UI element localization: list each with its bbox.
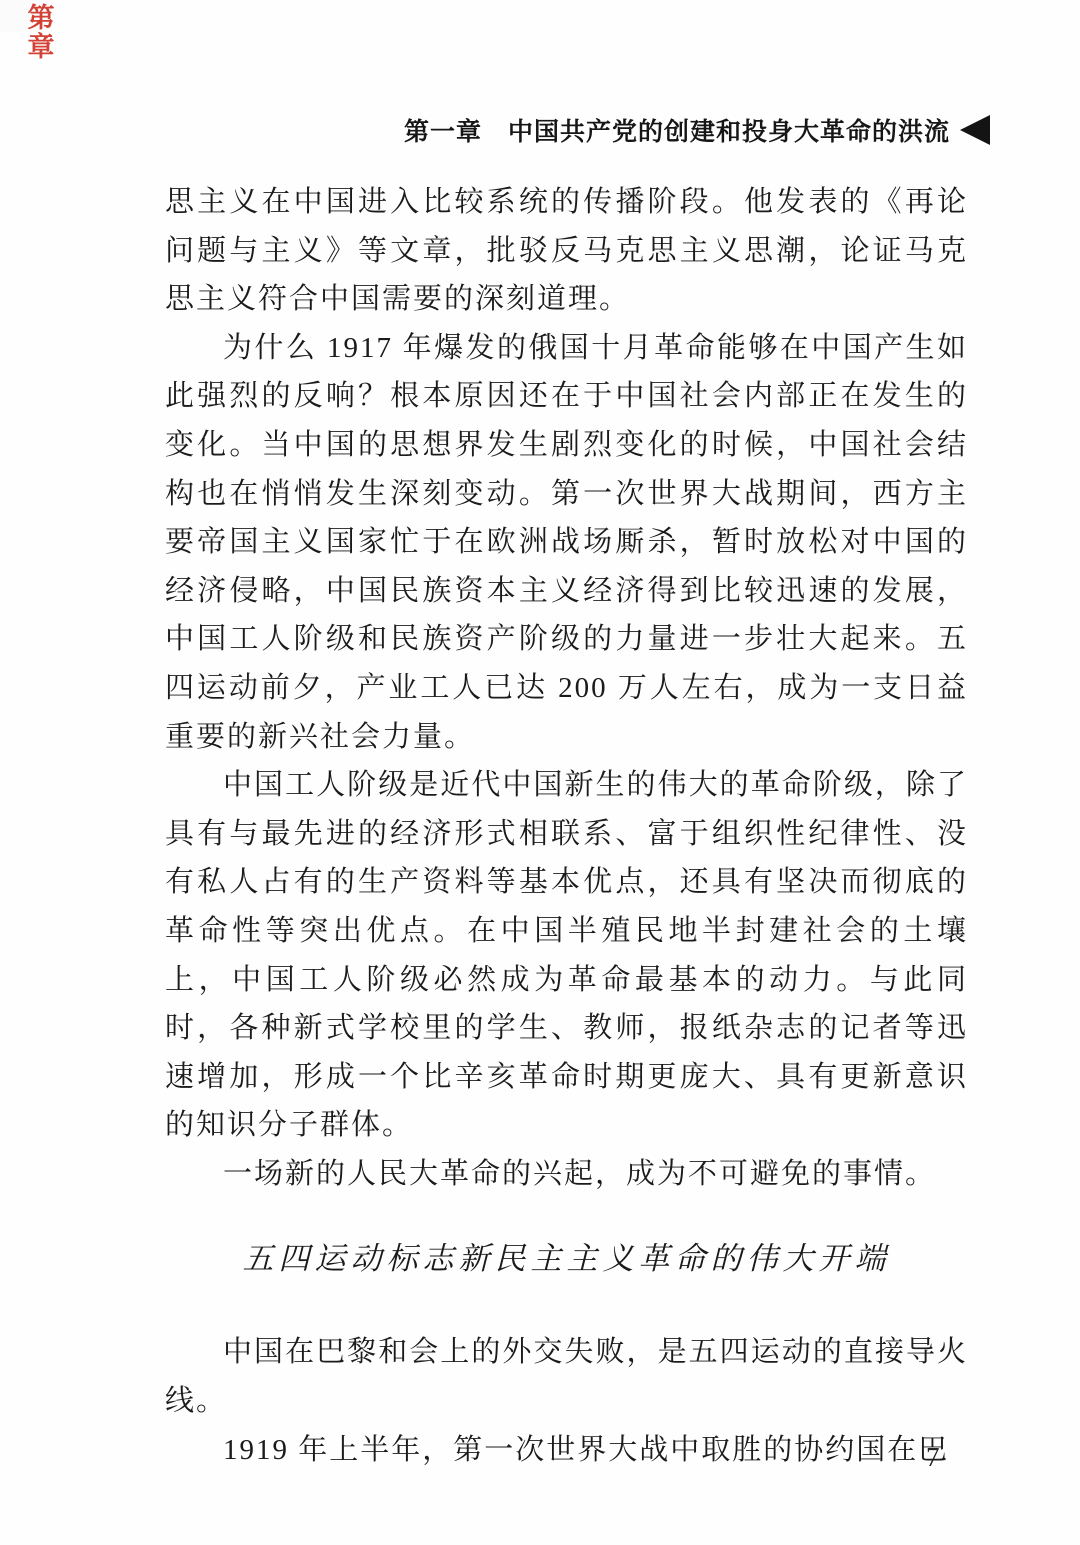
paragraph: 为什么 1917 年爆发的俄国十月革命能够在中国产生如此强烈的反响？根本原因还在… bbox=[165, 324, 968, 761]
paragraph: 中国在巴黎和会上的外交失败，是五四运动的直接导火线。 bbox=[165, 1328, 968, 1425]
corner-stamp-glyph: 第 bbox=[24, 4, 58, 33]
paragraph: 中国工人阶级是近代中国新生的伟大的革命阶级，除了具有与最先进的经济形式相联系、富… bbox=[165, 761, 968, 1150]
paragraph: 1919 年上半年，第一次世界大战中取胜的协约国在巴 bbox=[165, 1426, 968, 1475]
chapter-title: 中国共产党的创建和投身大革命的洪流 bbox=[508, 112, 950, 148]
corner-stamp-marks: 第 章 bbox=[24, 4, 58, 62]
section-heading: 五四运动标志新民主主义革命的伟大开端 bbox=[165, 1234, 968, 1284]
chapter-label: 第一章 bbox=[404, 112, 482, 148]
paragraph: 一场新的人民大革命的兴起，成为不可避免的事情。 bbox=[165, 1150, 968, 1199]
left-triangle-icon bbox=[960, 115, 990, 145]
page-number: 7 bbox=[926, 1442, 940, 1473]
book-page: 第 章 第一章 中国共产党的创建和投身大革命的洪流 思主义在中国进入比较系统的传… bbox=[0, 0, 1080, 1545]
running-header: 第一章 中国共产党的创建和投身大革命的洪流 bbox=[404, 112, 990, 148]
paragraph-continuation: 思主义在中国进入比较系统的传播阶段。他发表的《再论问题与主义》等文章，批驳反马克… bbox=[165, 178, 968, 324]
corner-stamp-glyph: 章 bbox=[24, 33, 58, 62]
page-body: 思主义在中国进入比较系统的传播阶段。他发表的《再论问题与主义》等文章，批驳反马克… bbox=[165, 178, 968, 1474]
